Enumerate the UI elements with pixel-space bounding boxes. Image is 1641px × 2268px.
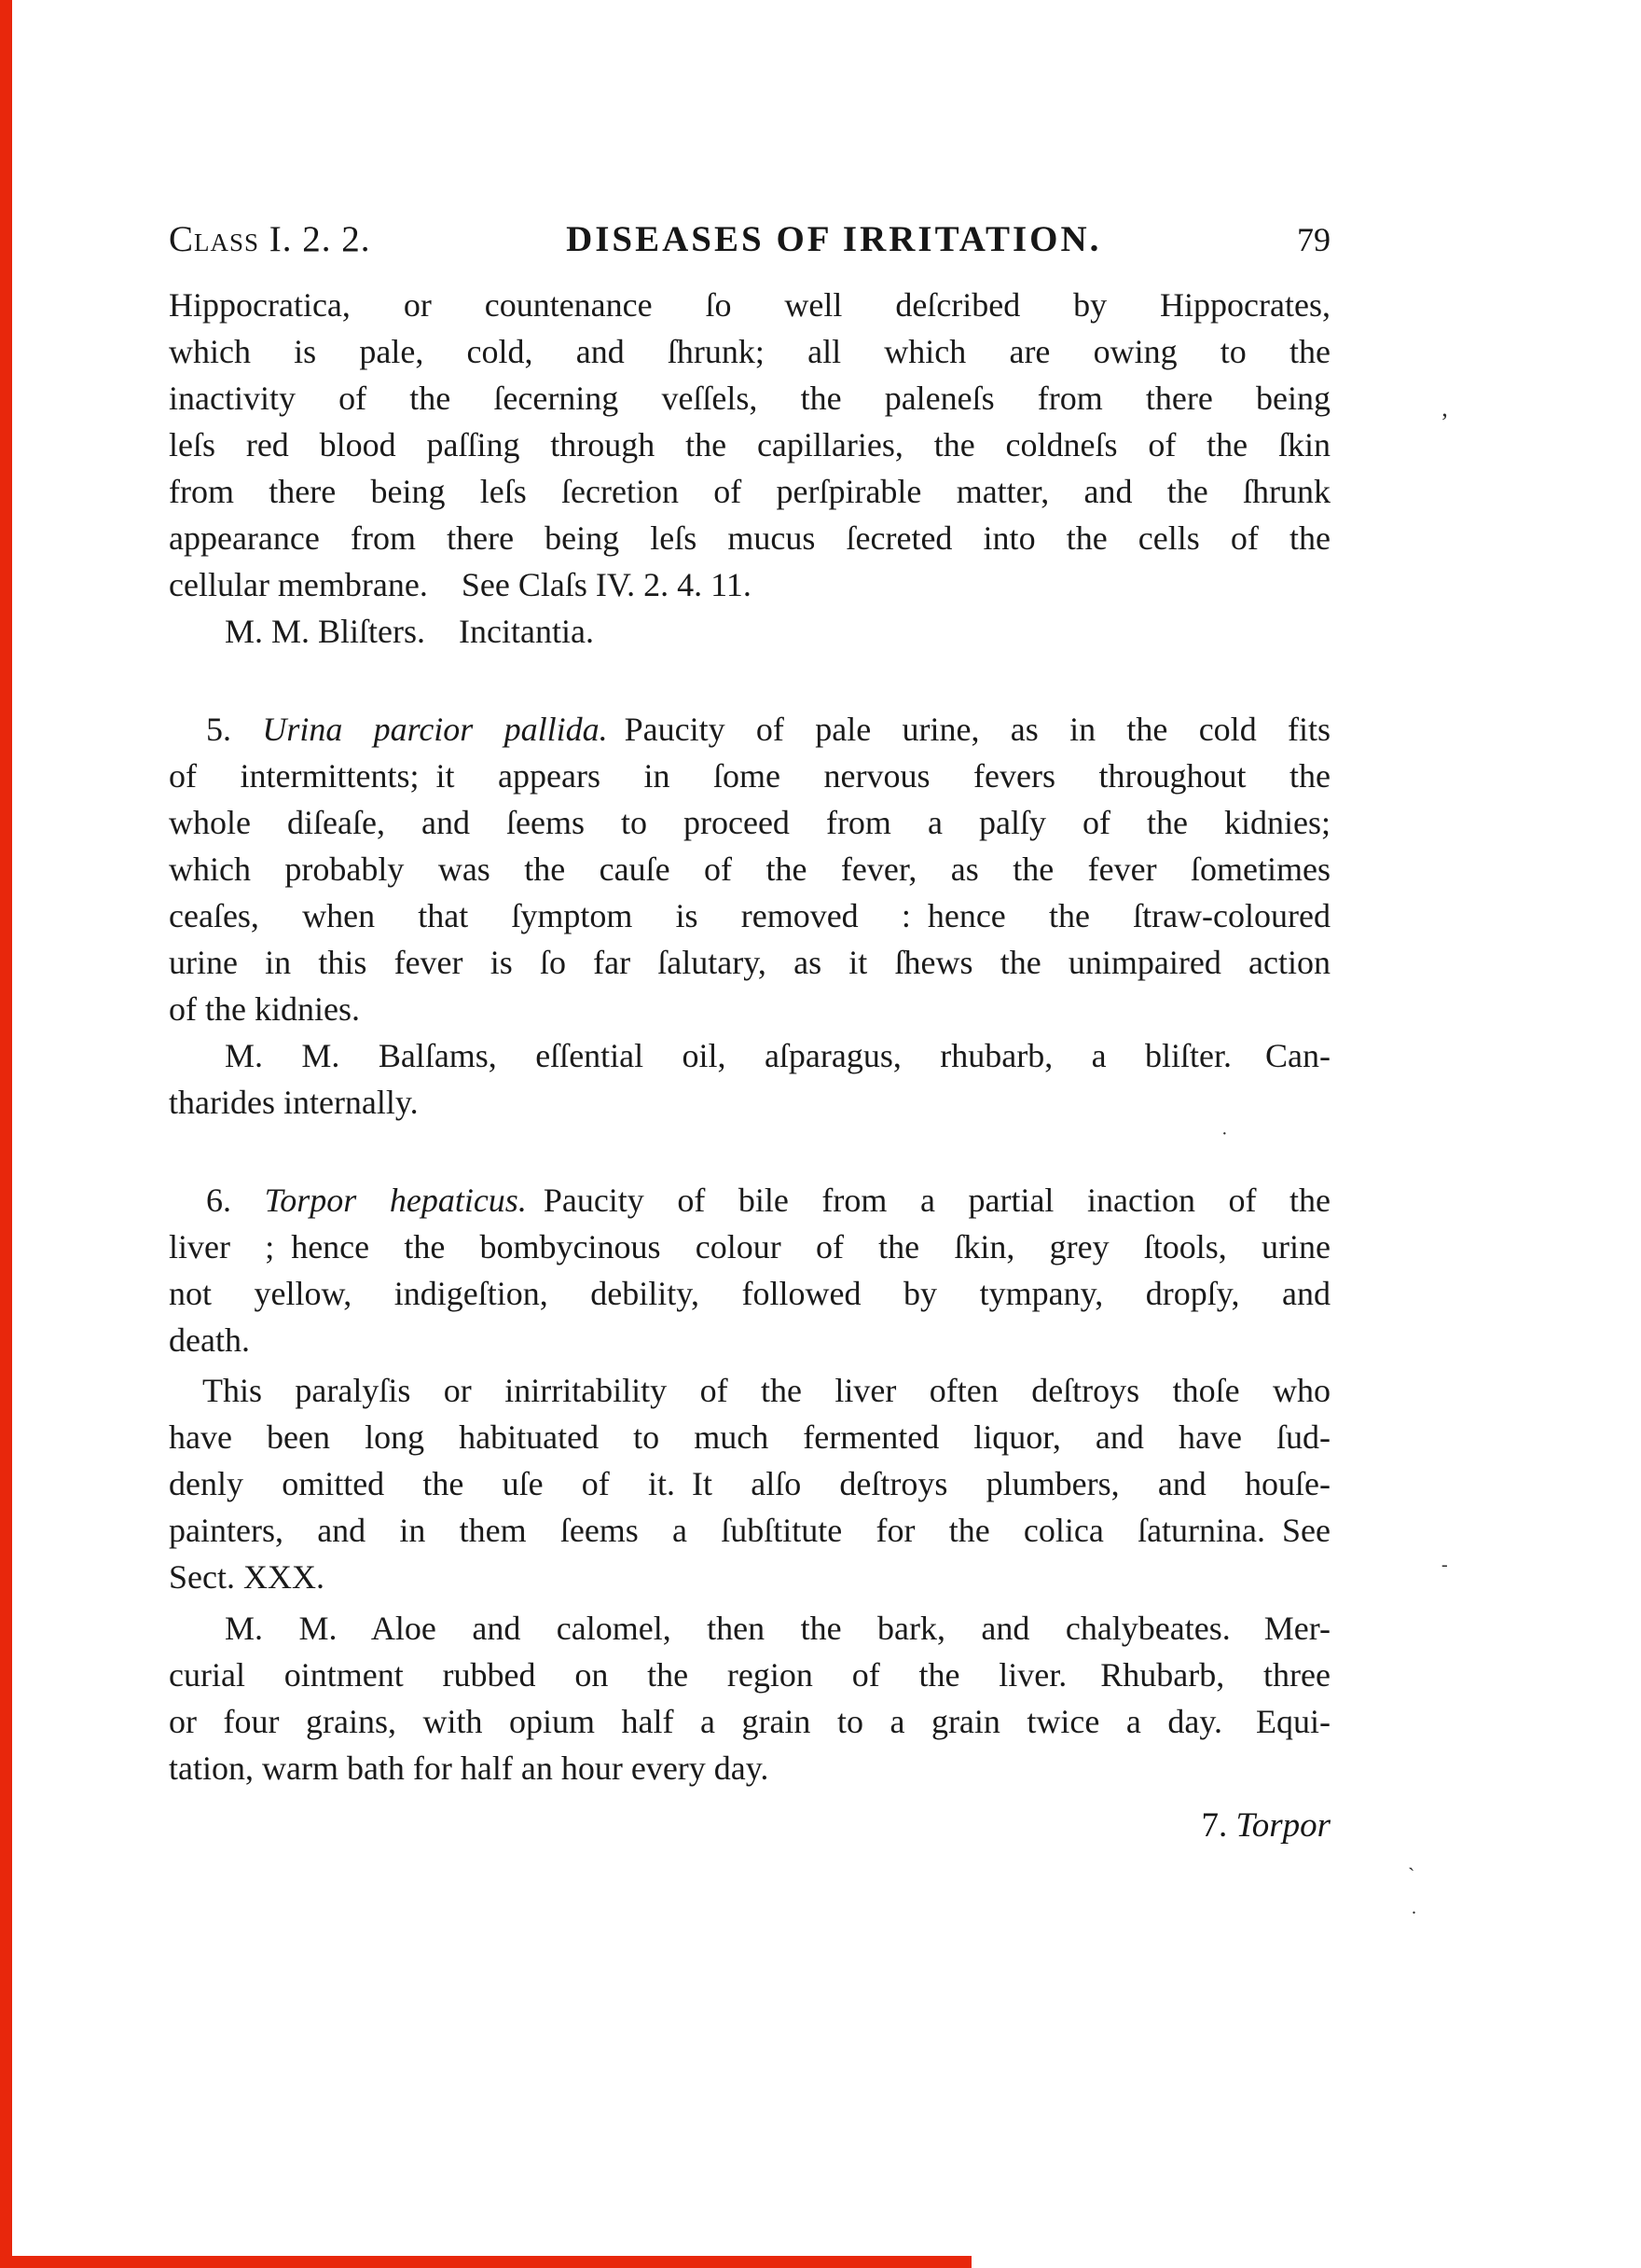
text-line: of intermittents; it appears in ſome ner… — [169, 753, 1331, 799]
text-line: appearance from there being leſs mucus ſ… — [169, 515, 1331, 561]
paragraph-5: This paralyſis or inirritability of the … — [169, 1367, 1331, 1600]
page-number: 79 — [1297, 216, 1331, 263]
scan-speck: · — [1221, 1125, 1228, 1143]
scan-edge-left-bar — [0, 0, 12, 2268]
text-line: which is pale, cold, and ſhrunk; all whi… — [169, 328, 1331, 375]
text-line: leſs red blood paſſing through the capil… — [169, 422, 1331, 468]
text-line: Hippocratica, or countenance ſo well deſ… — [169, 282, 1331, 328]
text-line: M. M. Aloe and calomel, then the bark, a… — [169, 1605, 1331, 1652]
text-line: This paralyſis or inirritability of the … — [169, 1367, 1331, 1414]
paragraph-2: 5. Urina parcior pallida. Paucity of pal… — [169, 706, 1331, 1032]
running-head-class-label: Class I. 2. 2. — [169, 216, 371, 263]
paragraph-1: Hippocratica, or countenance ſo well deſ… — [169, 282, 1331, 655]
text-line: have been long habituated to much fermen… — [169, 1414, 1331, 1460]
scan-edge-bottom-bar — [0, 2256, 972, 2268]
page-header: Class I. 2. 2. DISEASES OF IRRITATION. 7… — [169, 216, 1331, 263]
text-line: M. M. Balſams, eſſential oil, aſparagus,… — [169, 1032, 1331, 1079]
scan-speck: ˋ — [1408, 1865, 1414, 1886]
text-line: denly omitted the uſe of it. It alſo deſ… — [169, 1460, 1331, 1507]
paragraph-4: 6. Torpor hepaticus. Paucity of bile fro… — [169, 1177, 1331, 1363]
text-line: not yellow, indigeſtion, debility, follo… — [169, 1270, 1331, 1317]
text-line: or four grains, with opium half a grain … — [169, 1698, 1331, 1745]
text-line: M. M. Bliſters. Incitantia. — [169, 608, 1331, 655]
paragraph-3: M. M. Balſams, eſſential oil, aſparagus,… — [169, 1032, 1331, 1126]
scan-speck: ʼ — [1441, 410, 1449, 435]
text-line: curial ointment rubbed on the region of … — [169, 1652, 1331, 1698]
text-line: 6. Torpor hepaticus. Paucity of bile fro… — [169, 1177, 1331, 1224]
catchword: 7. Torpor — [169, 1803, 1331, 1849]
text-line: liver ; hence the bombycinous colour of … — [169, 1224, 1331, 1270]
text-line: ceaſes, when that ſymptom is removed : h… — [169, 892, 1331, 939]
text-line: urine in this fever is ſo far ſalutary, … — [169, 939, 1331, 986]
text-line: painters, and in them ſeems a ſubſtitute… — [169, 1507, 1331, 1554]
scan-speck: - — [1441, 1556, 1448, 1574]
text-line: tharides internally. — [169, 1079, 1331, 1126]
text-line: inactivity of the ſecerning veſſels, the… — [169, 375, 1331, 422]
text-line: death. — [169, 1317, 1331, 1363]
text-line: which probably was the cauſe of the feve… — [169, 846, 1331, 892]
text-column: Class I. 2. 2. DISEASES OF IRRITATION. 7… — [169, 216, 1331, 1849]
text-line: Sect. XXX. — [169, 1554, 1331, 1600]
text-line: from there being leſs ſecretion of perſp… — [169, 468, 1331, 515]
scan-speck: . — [1412, 1899, 1416, 1917]
book-page: Class I. 2. 2. DISEASES OF IRRITATION. 7… — [0, 0, 1641, 2268]
text-line: 5. Urina parcior pallida. Paucity of pal… — [169, 706, 1331, 753]
body-text: Hippocratica, or countenance ſo well deſ… — [169, 282, 1331, 1791]
paragraph-6: M. M. Aloe and calomel, then the bark, a… — [169, 1605, 1331, 1791]
text-line: whole diſeaſe, and ſeems to proceed from… — [169, 799, 1331, 846]
running-head-title: DISEASES OF IRRITATION. — [566, 216, 1101, 263]
text-line: tation, warm bath for half an hour every… — [169, 1745, 1331, 1791]
text-line: cellular membrane. See Claſs IV. 2. 4. 1… — [169, 561, 1331, 608]
text-line: of the kidnies. — [169, 986, 1331, 1032]
